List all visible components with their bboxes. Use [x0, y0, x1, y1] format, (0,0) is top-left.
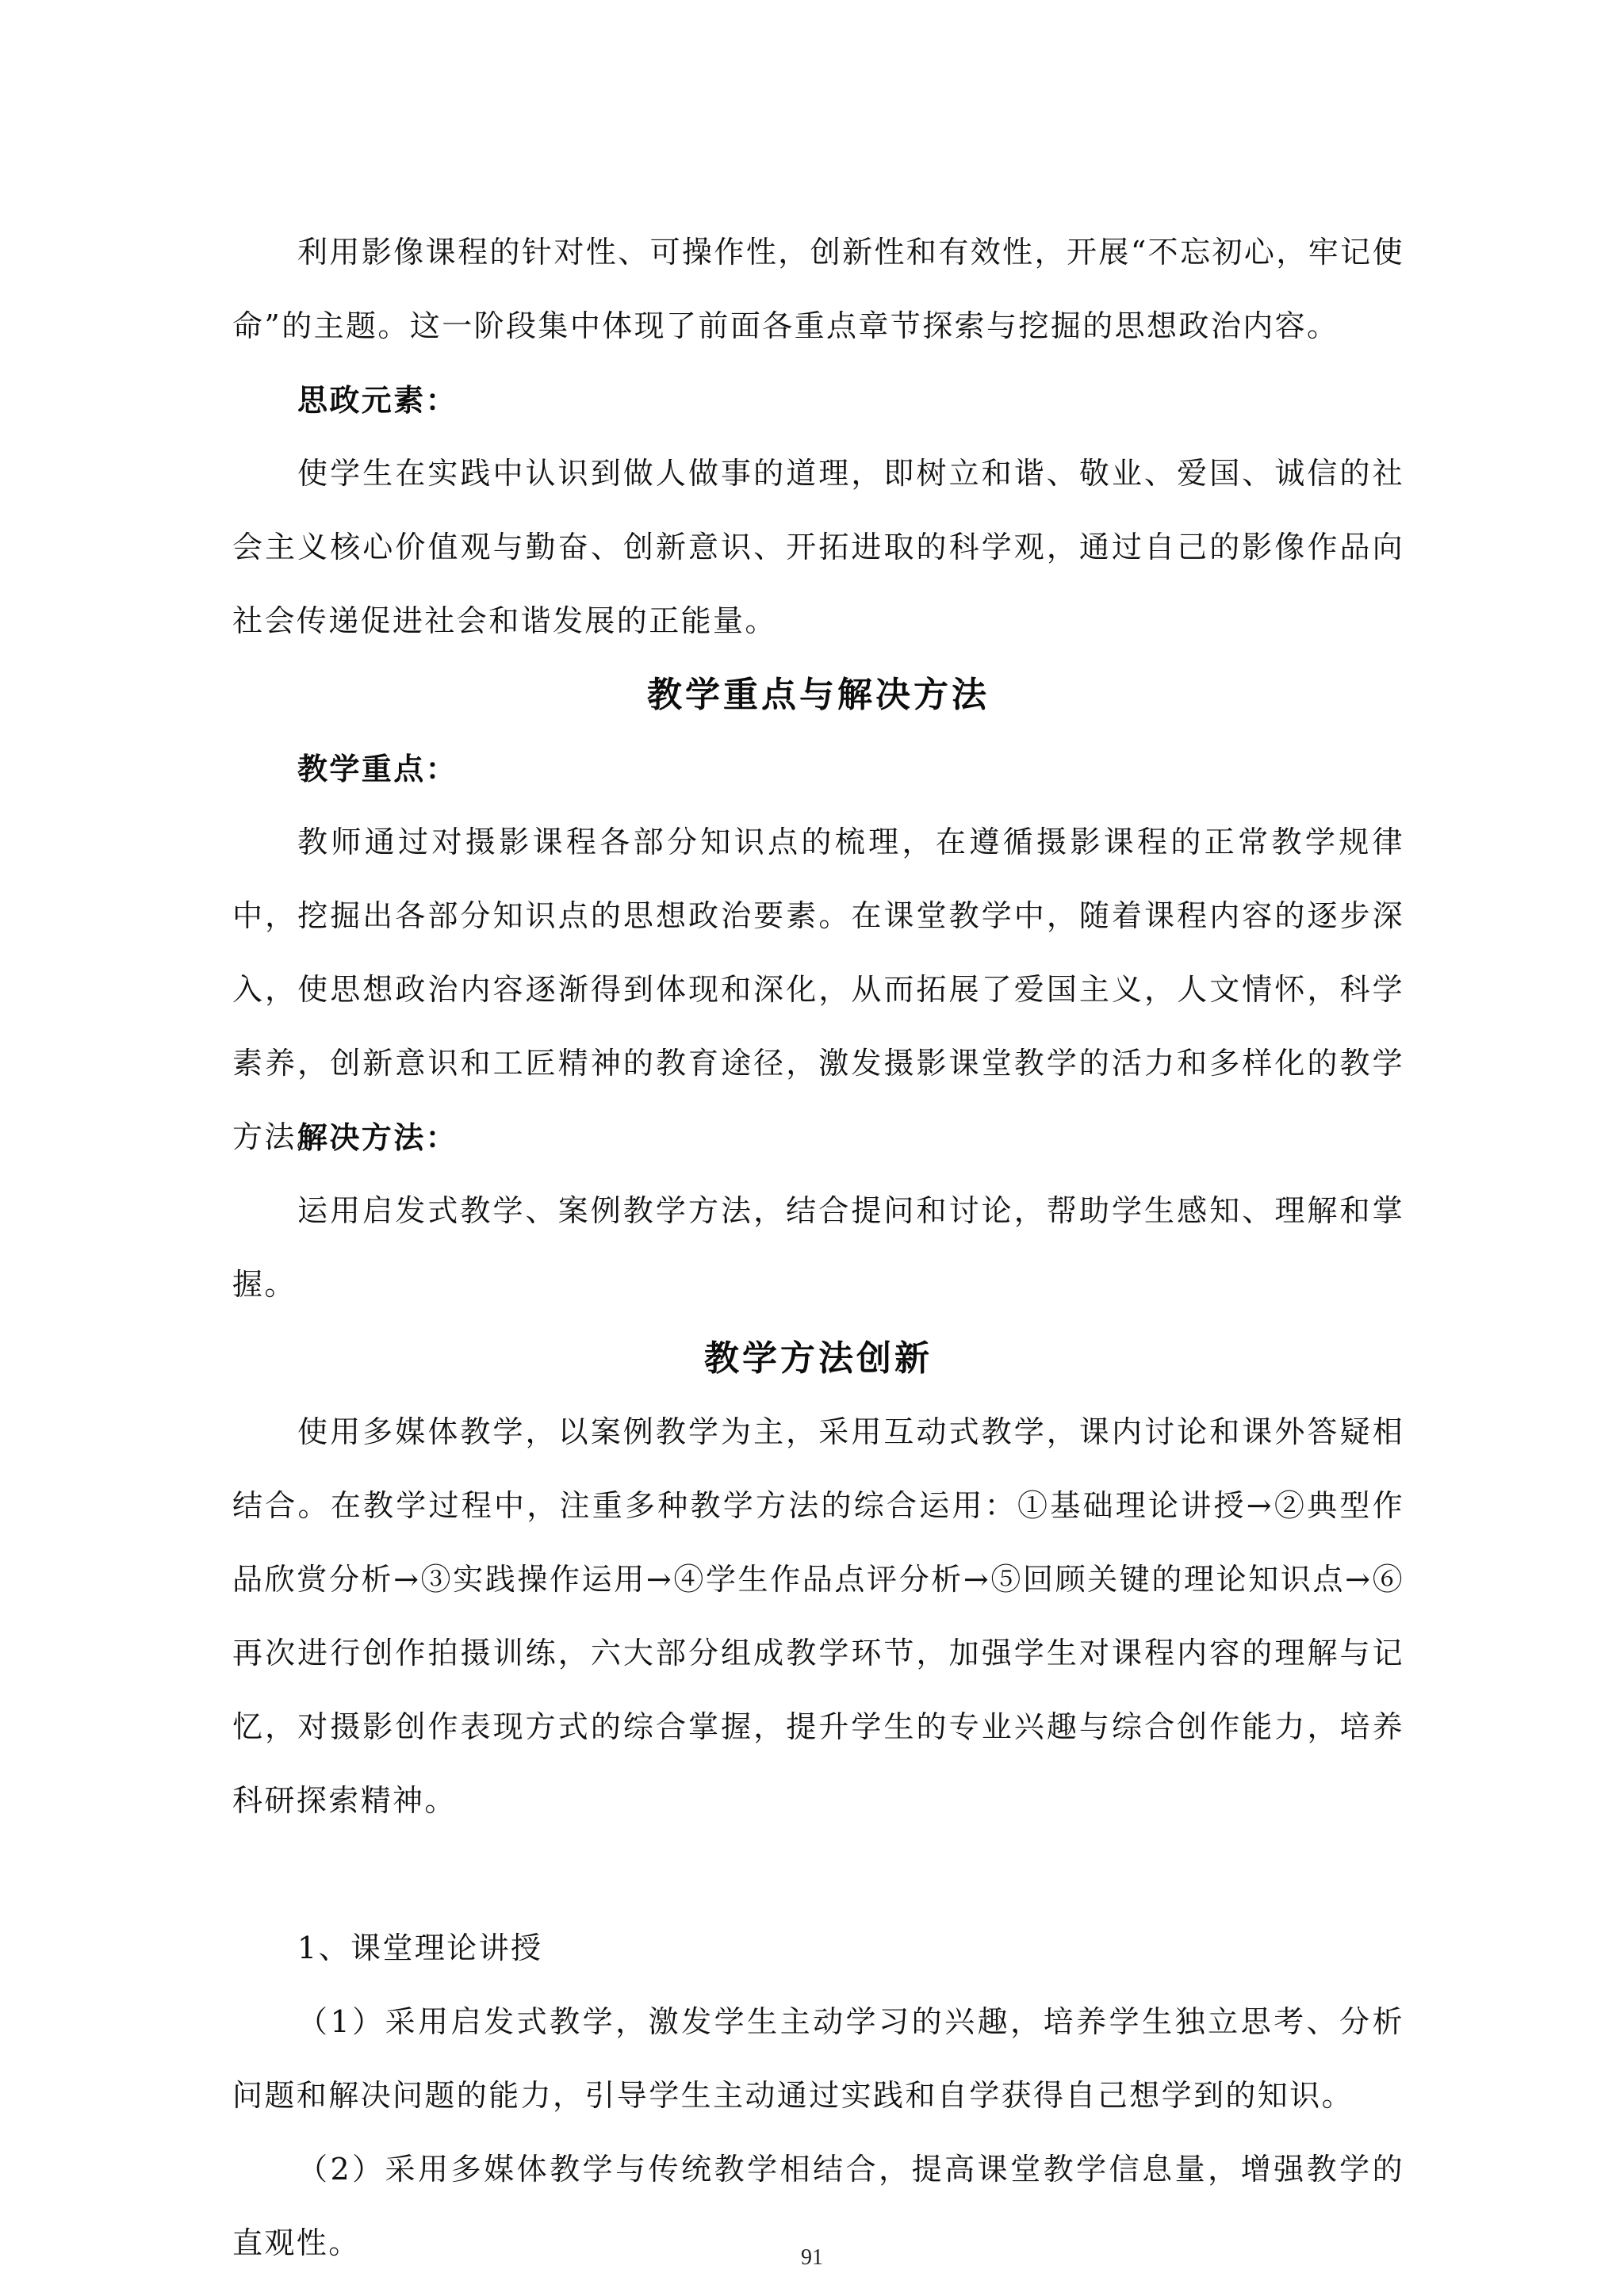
paragraph-solution-methods: 运用启发式教学、案例教学方法，结合提问和讨论，帮助学生感知、理解和掌握。 — [232, 1174, 1404, 1322]
page-body: 利用影像课程的针对性、可操作性，创新性和有效性，开展“不忘初心，牢记使命”的主题… — [232, 216, 1404, 2280]
section-heading-teaching-focus: 教学重点与解决方法 — [232, 658, 1404, 732]
label-teaching-focus: 教学重点： — [232, 732, 1404, 806]
paragraph-theme-intro: 利用影像课程的针对性、可操作性，创新性和有效性，开展“不忘初心，牢记使命”的主题… — [232, 216, 1404, 363]
page-number: 91 — [0, 2245, 1624, 2271]
paragraph-teaching-focus: 教师通过对摄影课程各部分知识点的梳理，在遵循摄影课程的正常教学规律中，挖掘出各部… — [232, 806, 1404, 1100]
label-sizheng-elements: 思政元素： — [232, 363, 1404, 437]
document-page: 利用影像课程的针对性、可操作性，创新性和有效性，开展“不忘初心，牢记使命”的主题… — [0, 0, 1624, 2296]
paragraph-item-1: （1）采用启发式教学，激发学生主动学习的兴趣，培养学生独立思考、分析问题和解决问… — [232, 1985, 1404, 2133]
paragraph-sizheng-elements: 使学生在实践中认识到做人做事的道理，即树立和谐、敬业、爱国、诚信的社会主义核心价… — [232, 437, 1404, 658]
subheading-classroom-theory: 1、课堂理论讲授 — [232, 1911, 1404, 1985]
paragraph-method-innovation: 使用多媒体教学，以案例教学为主，采用互动式教学，课内讨论和课外答疑相结合。在教学… — [232, 1395, 1404, 1911]
label-solution-methods: 解决方法： — [232, 1100, 1404, 1174]
section-heading-method-innovation: 教学方法创新 — [232, 1322, 1404, 1395]
